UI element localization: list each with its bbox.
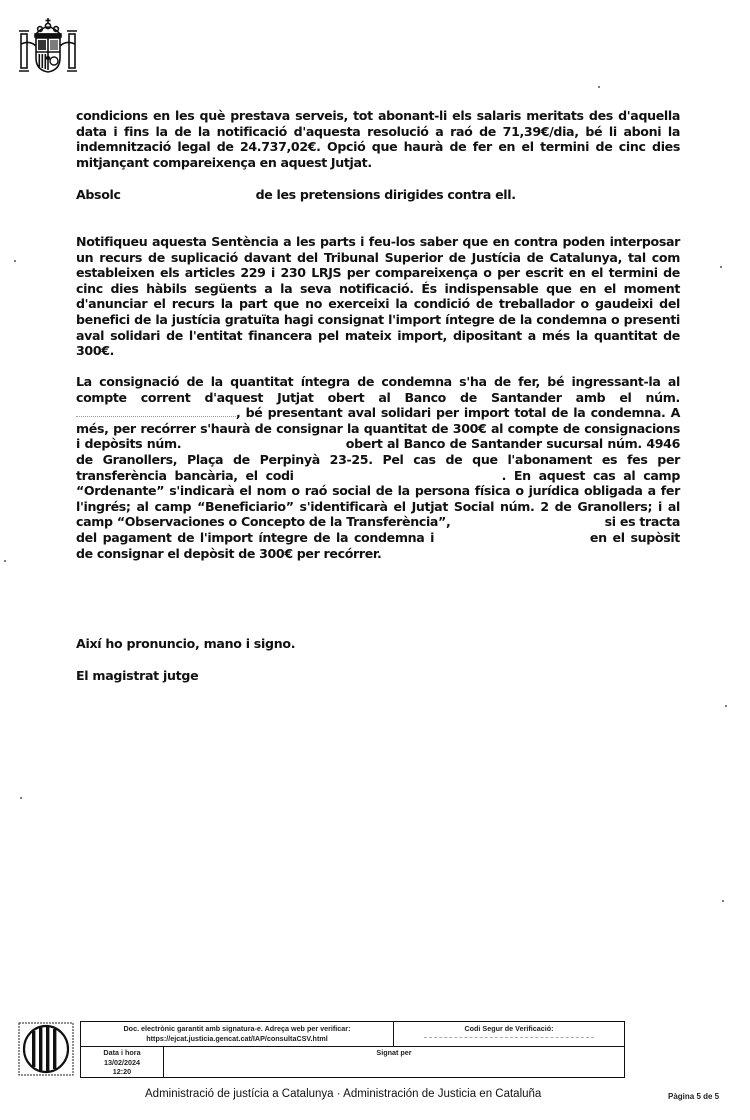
- administration-footer: Administració de justícia a Catalunya · …: [145, 1088, 541, 1100]
- redacted-account-number: [76, 410, 236, 417]
- verify-label: Doc. electrònic garantit amb signatura-e…: [81, 1024, 393, 1034]
- csv-label: Codi Segur de Verificació:: [394, 1024, 624, 1033]
- scan-speck: [720, 266, 722, 268]
- date-time-cell: Data i hora 13/02/2024 12:20: [81, 1046, 164, 1077]
- scan-speck: [598, 86, 600, 88]
- closing-pronouncement: Així ho pronuncio, mano i signo.: [76, 636, 295, 651]
- signed-by-label: Signat per: [164, 1048, 624, 1057]
- sign-date: 13/02/2024: [81, 1058, 163, 1068]
- judgment-body: condicions en les què prestava serveis, …: [76, 108, 680, 170]
- catalonia-seal-icon: [18, 1022, 74, 1076]
- closing-signature-title: El magistrat jutge: [76, 668, 198, 683]
- page-number: Pàgina 5 de 5: [668, 1092, 719, 1101]
- paragraph-condemnation: condicions en les què prestava serveis, …: [76, 108, 680, 170]
- e-signature-verification-box: Doc. electrònic garantit amb signatura-e…: [80, 1021, 625, 1078]
- sign-time: 12:20: [81, 1067, 163, 1077]
- csv-cell: Codi Segur de Verificació:: [394, 1022, 624, 1046]
- scan-speck: [722, 900, 724, 902]
- scan-speck: [4, 560, 6, 562]
- scan-speck: [725, 705, 727, 707]
- paragraph-absolution: Absolcde les pretensions dirigides contr…: [76, 187, 680, 203]
- scan-speck: [14, 260, 16, 262]
- redacted-csv-code: [424, 1037, 594, 1038]
- paragraph-appeal-notice: Notifiqueu aquesta Sentència a les parts…: [76, 234, 680, 359]
- spain-coat-of-arms-icon: [16, 16, 80, 78]
- absolution-start: Absolc: [76, 187, 121, 202]
- verification-url-cell: Doc. electrònic garantit amb signatura-e…: [81, 1022, 394, 1046]
- signed-by-cell: Signat per: [164, 1046, 624, 1077]
- verify-url-link[interactable]: https://ejcat.justicia.gencat.cat/IAP/co…: [81, 1034, 393, 1044]
- appeal-text: Notifiqueu aquesta Sentència a les parts…: [76, 234, 680, 359]
- scan-speck: [20, 797, 22, 799]
- consignment-text-a: La consignació de la quantitat íntegra d…: [76, 374, 680, 405]
- paragraph-consignment: La consignació de la quantitat íntegra d…: [76, 374, 680, 561]
- absolution-end: de les pretensions dirigides contra ell.: [256, 187, 516, 202]
- date-label: Data i hora: [81, 1048, 163, 1058]
